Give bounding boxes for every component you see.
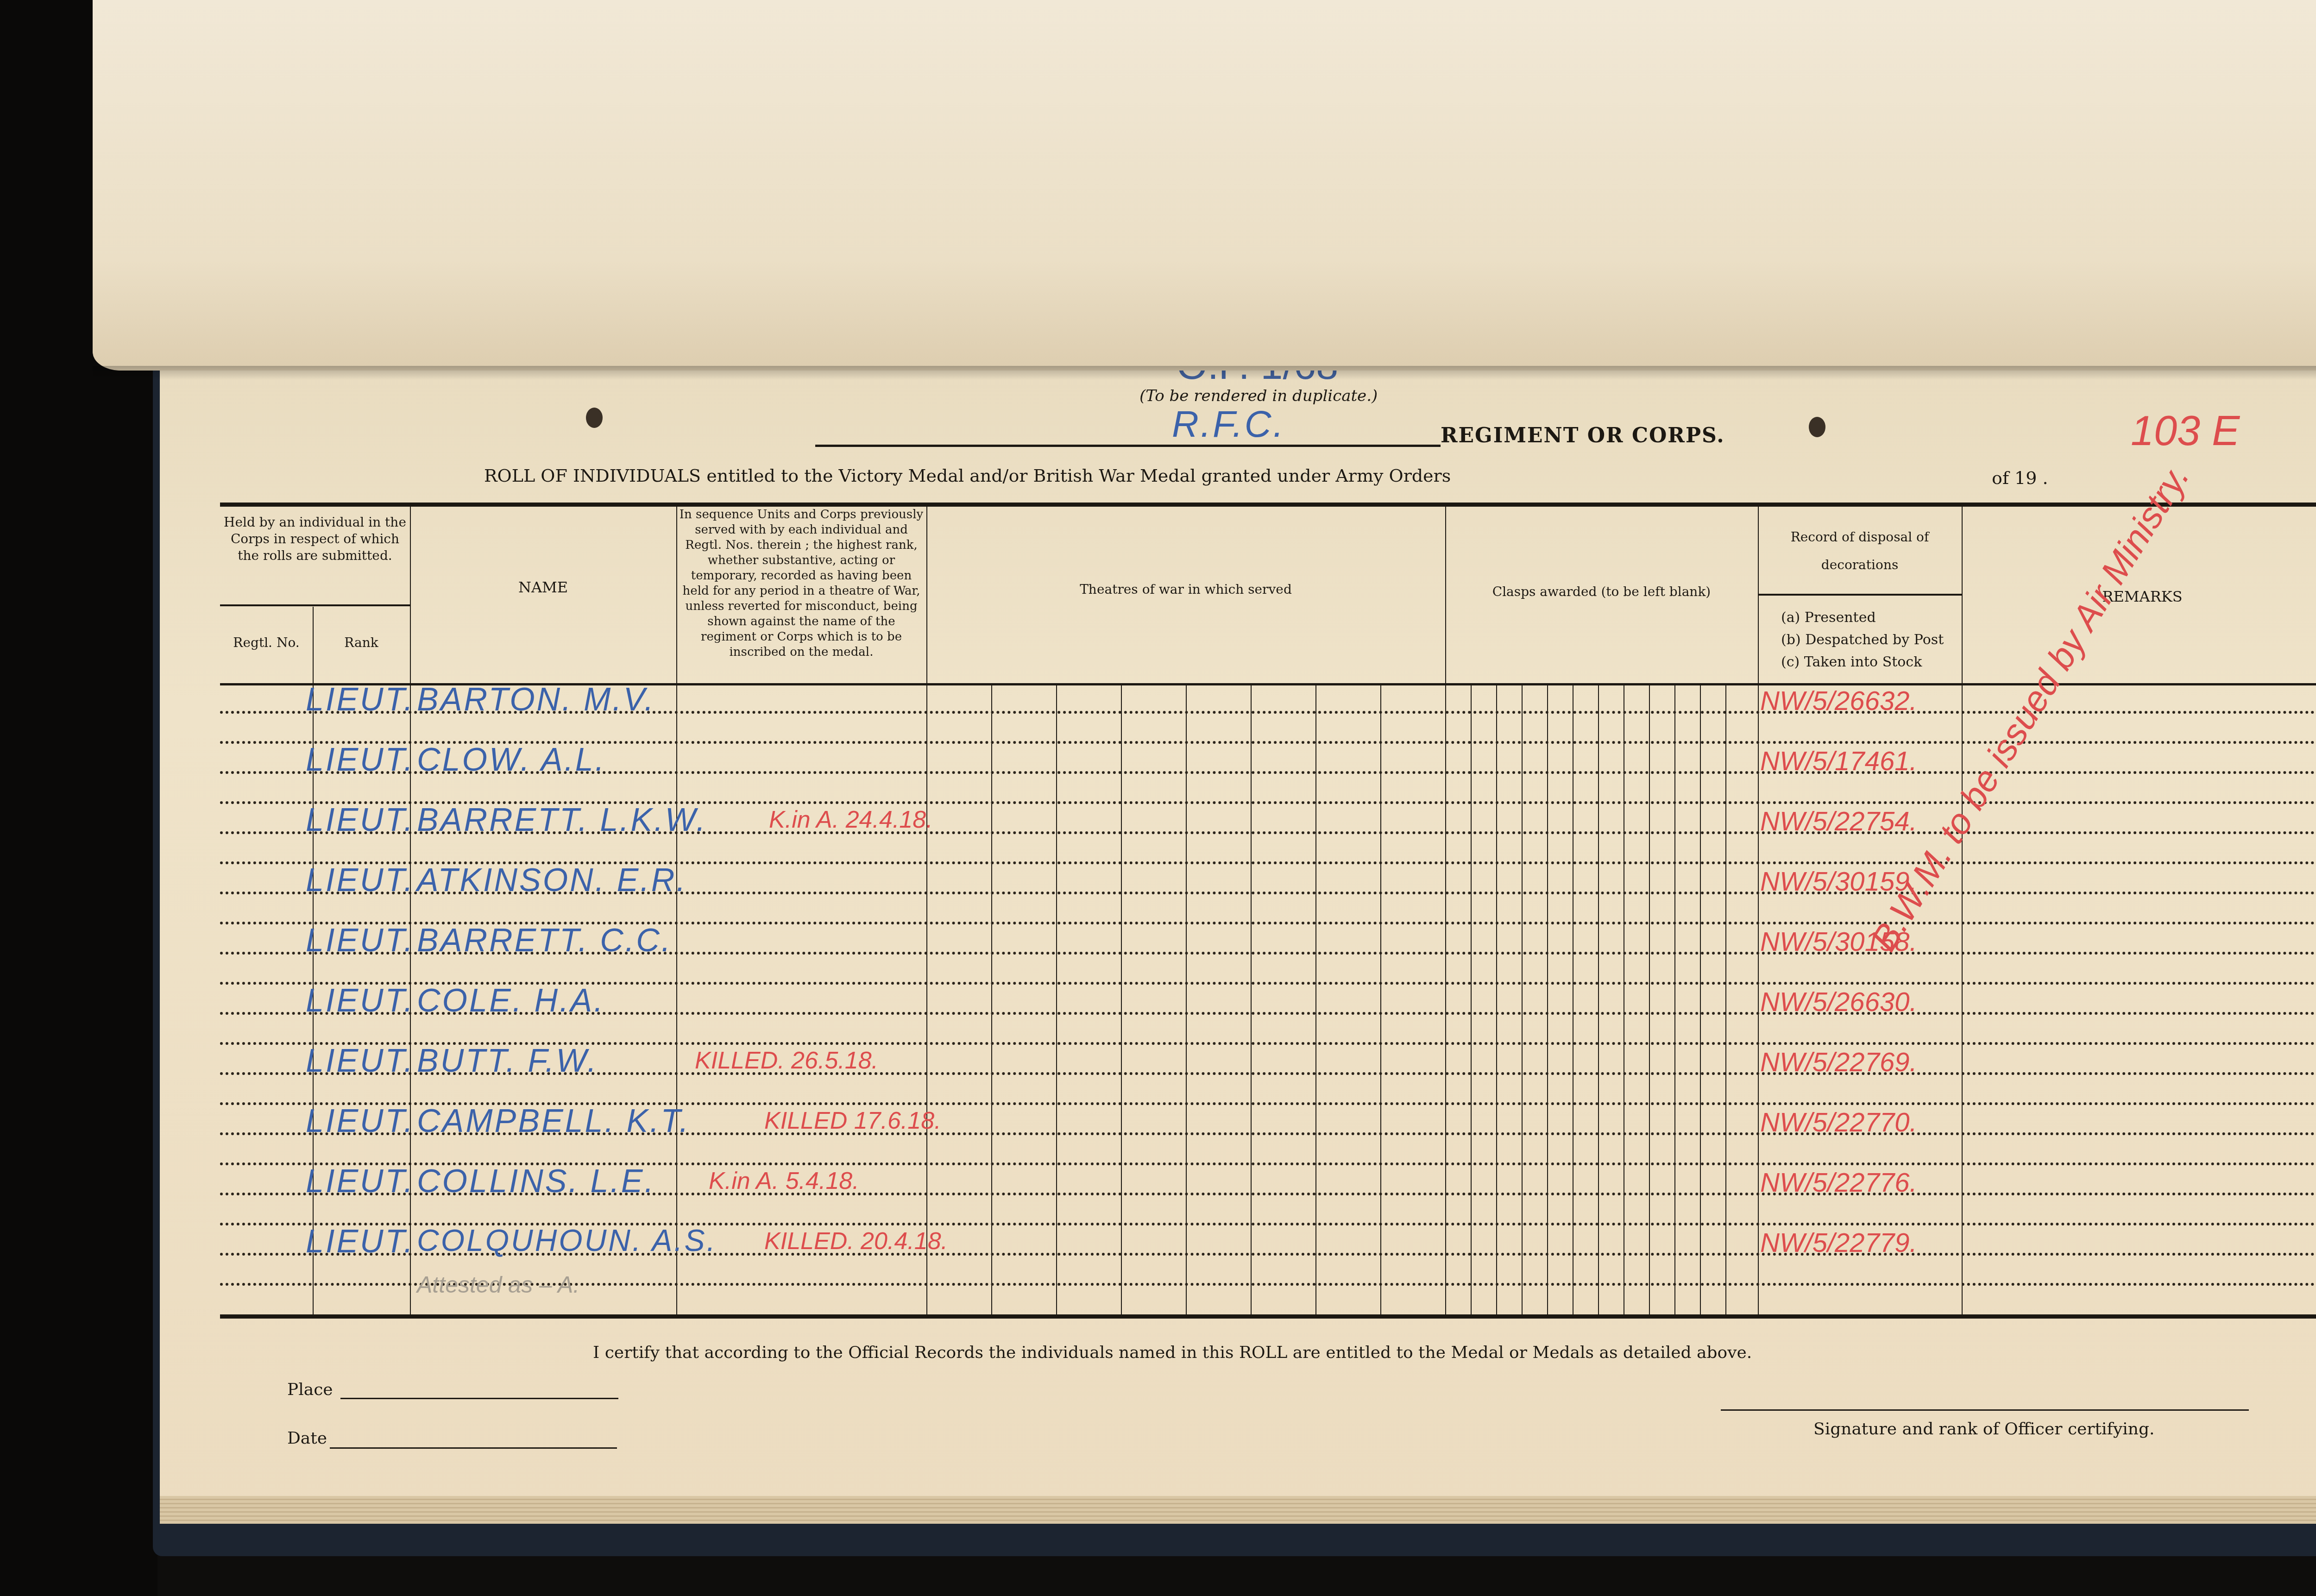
rank: LIEUT. bbox=[306, 1102, 415, 1139]
regiment-handwritten: R.F.C. bbox=[1172, 403, 1285, 446]
header-remarks: REMARKS bbox=[1964, 588, 2316, 605]
regiment-underline bbox=[815, 445, 1441, 447]
rank: LIEUT. bbox=[306, 982, 415, 1019]
record-entry: NW/5/22779. bbox=[1760, 1227, 1917, 1258]
regiment-label: REGIMENT OR CORPS. bbox=[1441, 424, 1725, 447]
casualty-note: K.in A. 24.4.18. bbox=[769, 806, 933, 834]
clasp-subcol bbox=[1674, 685, 1675, 1315]
rank: LIEUT. bbox=[306, 922, 415, 959]
signature-line bbox=[1721, 1409, 2249, 1411]
name: BARRETT. L.K.W. bbox=[417, 801, 707, 838]
clasp-subcol bbox=[1649, 685, 1650, 1315]
date-line bbox=[330, 1447, 617, 1449]
pencil-note: Attested as – A. bbox=[417, 1271, 579, 1298]
curl-shadow bbox=[93, 366, 2316, 380]
page-stack-edge bbox=[160, 1496, 2316, 1524]
name: COLE. H.A. bbox=[417, 982, 605, 1019]
casualty-note: KILLED. 26.5.18. bbox=[695, 1047, 878, 1074]
theatre-subcol bbox=[1315, 685, 1316, 1315]
clasp-subcol bbox=[1725, 685, 1726, 1315]
table-top-rule bbox=[220, 503, 2316, 507]
date-label: Date bbox=[287, 1429, 327, 1448]
record-entry: NW/5/26630. bbox=[1760, 987, 1917, 1018]
option-stock: (c) Taken into Stock bbox=[1781, 651, 1944, 673]
header-theatres: Theatres of war in which served bbox=[929, 581, 1443, 598]
option-despatched: (b) Despatched by Post bbox=[1781, 629, 1944, 651]
theatre-subcol bbox=[1186, 685, 1187, 1315]
rank: LIEUT. bbox=[306, 801, 415, 838]
theatre-subcol bbox=[1056, 685, 1057, 1315]
roll-title: ROLL OF INDIVIDUALS entitled to the Vict… bbox=[484, 465, 1451, 486]
held-by-divider bbox=[220, 604, 410, 606]
place-label: Place bbox=[287, 1380, 333, 1399]
record-entry: NW/5/22770. bbox=[1760, 1107, 1917, 1138]
header-rank: Rank bbox=[315, 635, 408, 651]
name: BARTON. M.V. bbox=[417, 681, 655, 718]
theatre-subcol bbox=[1380, 685, 1381, 1315]
certification-statement: I certify that according to the Official… bbox=[593, 1343, 1752, 1362]
record-entry: NW/5/22769. bbox=[1760, 1047, 1917, 1078]
casualty-note: KILLED 17.6.18. bbox=[764, 1107, 941, 1135]
record-entry: NW/5/22754. bbox=[1760, 806, 1917, 837]
option-presented: (a) Presented bbox=[1781, 607, 1944, 629]
name: COLLINS. L.E. bbox=[417, 1162, 655, 1200]
rank: LIEUT. bbox=[306, 681, 415, 718]
record-options: (a) Presented (b) Despatched by Post (c)… bbox=[1781, 607, 1944, 673]
header-units-corps: In sequence Units and Corps previously s… bbox=[679, 507, 924, 660]
theatre-subcol bbox=[1251, 685, 1252, 1315]
record-entry: NW/5/22776. bbox=[1760, 1167, 1917, 1198]
name: BARRETT. C.C. bbox=[417, 922, 672, 959]
place-line bbox=[340, 1398, 618, 1399]
rank: LIEUT. bbox=[306, 861, 415, 899]
header-held-by: Held by an individual in the Corps in re… bbox=[222, 514, 408, 564]
name: BUTT. F.W. bbox=[417, 1042, 598, 1079]
name: ATKINSON. E.R. bbox=[417, 861, 687, 899]
rank: LIEUT. bbox=[306, 1223, 415, 1260]
header-name: NAME bbox=[412, 579, 674, 596]
clasp-subcol bbox=[1573, 685, 1573, 1315]
duplicate-instruction: (To be rendered in duplicate.) bbox=[1139, 387, 1378, 405]
clasp-subcol bbox=[1471, 685, 1472, 1315]
clasp-subcol bbox=[1547, 685, 1548, 1315]
clasp-subcol bbox=[1598, 685, 1599, 1315]
header-clasps: Clasps awarded (to be left blank) bbox=[1447, 584, 1756, 600]
header-regtl-no: Regtl. No. bbox=[222, 635, 310, 651]
name: CLOW. A.L. bbox=[417, 741, 606, 778]
clasp-subcol bbox=[1496, 685, 1497, 1315]
clasp-subcol bbox=[1700, 685, 1701, 1315]
binding-hole-right bbox=[1809, 417, 1825, 437]
binding-hole-left bbox=[586, 408, 603, 428]
previous-page-curl bbox=[93, 0, 2316, 371]
table-bottom-rule bbox=[220, 1314, 2316, 1319]
record-divider bbox=[1758, 594, 1962, 596]
casualty-note: KILLED. 20.4.18. bbox=[764, 1227, 948, 1255]
rank: LIEUT. bbox=[306, 741, 415, 778]
theatre-subcol bbox=[991, 685, 992, 1315]
rank: LIEUT. bbox=[306, 1162, 415, 1200]
theatre-subcol bbox=[1121, 685, 1122, 1315]
name: COLQUHOUN. A.S. bbox=[417, 1223, 717, 1258]
header-record-disposal: Record of disposal of decorations bbox=[1760, 523, 1959, 579]
name: CAMPBELL. K.T. bbox=[417, 1102, 690, 1139]
rank: LIEUT. bbox=[306, 1042, 415, 1079]
signature-label: Signature and rank of Officer certifying… bbox=[1813, 1420, 2154, 1439]
of-year: of 19 . bbox=[1992, 468, 2048, 488]
record-entry: NW/5/17461. bbox=[1760, 746, 1917, 777]
clasp-subcol bbox=[1624, 685, 1624, 1315]
record-entry: NW/5/26632. bbox=[1760, 685, 1917, 716]
casualty-note: K.in A. 5.4.18. bbox=[709, 1167, 859, 1195]
clasp-subcol bbox=[1522, 685, 1523, 1315]
page-reference: 103 E bbox=[2131, 408, 2240, 455]
